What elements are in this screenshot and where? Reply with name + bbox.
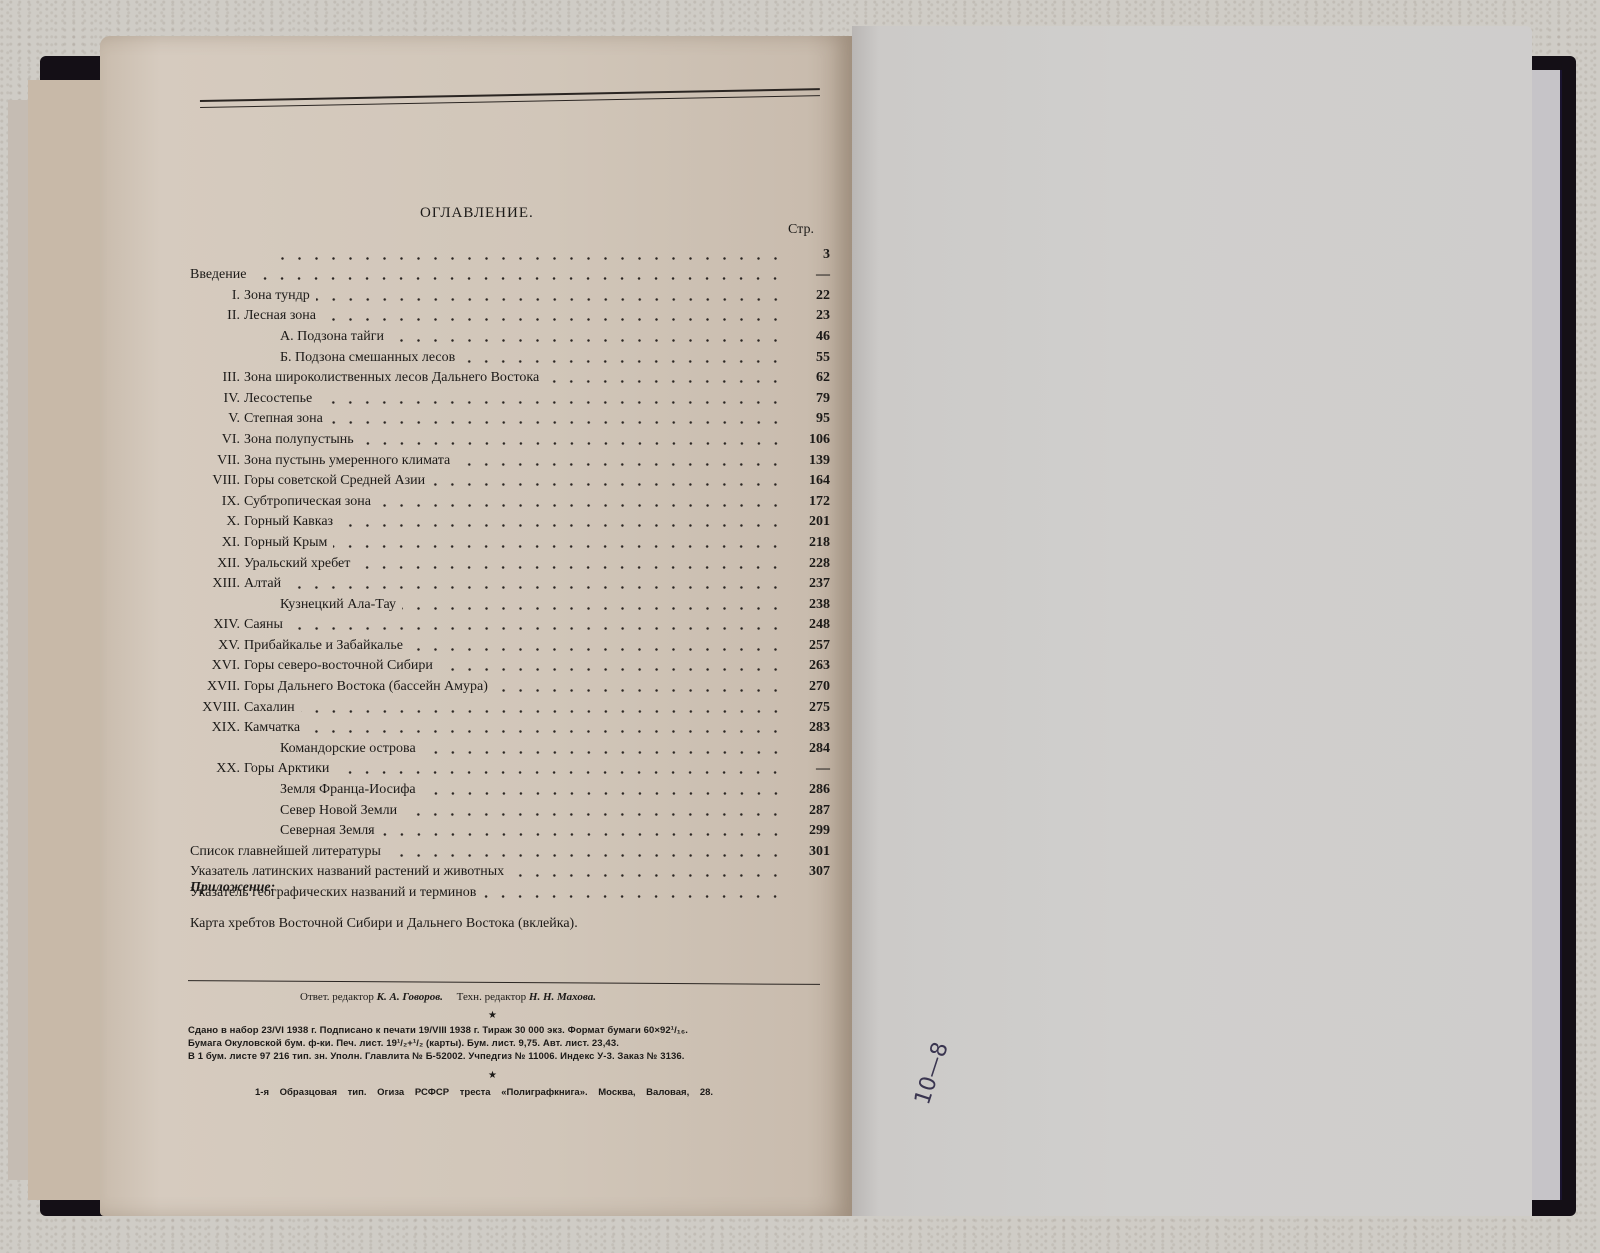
leader-dots [381, 833, 784, 836]
toc-entry-label: Степная зона [240, 411, 323, 427]
toc-chapter-number: IX. [190, 494, 240, 510]
leader-dots [289, 627, 784, 630]
toc-entry: VII.Зона пустынь умеренного климата139 [190, 448, 830, 469]
leader-dots [545, 380, 784, 383]
toc-entry: Север Новой Земли287 [190, 798, 830, 819]
toc-page-number: 237 [790, 576, 830, 592]
toc-entry: Список главнейшей литературы301 [190, 839, 830, 860]
star-separator: ★ [488, 1010, 497, 1021]
toc-page-number: 201 [790, 514, 830, 530]
toc-page-number: 22 [790, 288, 830, 304]
leader-dots [422, 792, 784, 795]
toc-entry-label: Командорские острова [190, 741, 416, 757]
leader-dots [390, 339, 784, 342]
toc-chapter-number: V. [190, 411, 240, 427]
leader-dots [287, 586, 784, 589]
toc-entry: Земля Франца-Иосифа286 [190, 777, 830, 798]
resp-editor-name: К. А. Говоров. [377, 991, 443, 1003]
toc-page-number: 284 [790, 741, 830, 757]
tech-editor-label: Техн. редактор [457, 991, 527, 1003]
leader-dots [360, 442, 784, 445]
editors-line: Ответ. редактор К. А. Говоров. Техн. ред… [300, 991, 596, 1003]
toc-page-number: — [790, 761, 830, 777]
toc-entry: Введение— [190, 263, 830, 284]
page-column-header: Стр. [788, 222, 814, 238]
toc-entry: Командорские острова284 [190, 736, 830, 757]
leader-dots [461, 360, 784, 363]
appendix-item: Карта хребтов Восточной Сибири и Дальнег… [190, 916, 578, 932]
imprint-line: Сдано в набор 23/VI 1938 г. Подписано к … [188, 1024, 828, 1037]
toc-chapter-number: III. [190, 370, 240, 386]
imprint-line: Бумага Окуловской бум. ф-ки. Печ. лист. … [188, 1037, 828, 1050]
leader-dots [280, 257, 784, 260]
toc-page-number: 307 [790, 864, 830, 880]
toc-entry-label: Северная Земля [190, 823, 375, 839]
toc-entry-label: Зона полупустынь [240, 432, 354, 448]
toc-entry-label: А. Подзона тайги [190, 329, 384, 345]
toc-entry-label: Список главнейшей литературы [190, 844, 381, 860]
toc-chapter-number: XVIII. [190, 700, 240, 716]
toc-entry: XV.Прибайкалье и Забайкалье257 [190, 633, 830, 654]
toc-entry: XIX.Камчатка283 [190, 716, 830, 737]
leader-dots [339, 524, 784, 527]
toc-chapter-number: XII. [190, 556, 240, 572]
toc-entry-label: Горы Арктики [240, 761, 329, 777]
toc-entry: IV.Лесостепье79 [190, 386, 830, 407]
star-separator: ★ [488, 1070, 497, 1081]
toc-page-number: 23 [790, 308, 830, 324]
resp-editor-label: Ответ. редактор [300, 991, 374, 1003]
toc-chapter-number: XI. [190, 535, 240, 551]
toc-chapter-number: II. [190, 308, 240, 324]
toc-chapter-number: IV. [190, 391, 240, 407]
toc-page-number: 238 [790, 597, 830, 613]
leader-dots [510, 874, 784, 877]
toc-entry-label: Горы советской Средней Азии [240, 473, 425, 489]
toc-entry: XVII.Горы Дальнего Востока (бассейн Амур… [190, 674, 830, 695]
toc-entry-label: Введение [190, 267, 246, 283]
leader-dots [377, 504, 784, 507]
toc-page-number: 286 [790, 782, 830, 798]
toc-entry: Указатель географических названий и терм… [190, 880, 830, 901]
toc-chapter-number: X. [190, 514, 240, 530]
toc-entry-label: Горы Дальнего Востока (бассейн Амура) [240, 679, 488, 695]
leader-dots [329, 421, 784, 424]
toc-page-number: 62 [790, 370, 830, 386]
toc-entry-label: Прибайкалье и Забайкалье [240, 638, 403, 654]
toc-page-number: 218 [790, 535, 830, 551]
toc-page-number: 46 [790, 329, 830, 345]
toc-entry: III.Зона широколиственных лесов Дальнего… [190, 366, 830, 387]
toc-chapter-number: XVI. [190, 658, 240, 674]
toc-entry-label: Зона широколиственных лесов Дальнего Вос… [240, 370, 539, 386]
toc-page-number: 106 [790, 432, 830, 448]
leader-dots [482, 895, 784, 898]
toc-entry-label: Саяны [240, 617, 283, 633]
toc-entry: А. Подзона тайги46 [190, 324, 830, 345]
toc-chapter-number: VII. [190, 453, 240, 469]
toc-page-number: 263 [790, 658, 830, 674]
toc-entry-label: Кузнецкий Ала-Тау [190, 597, 396, 613]
toc-entry-label: Лесная зона [240, 308, 316, 324]
leader-dots [494, 689, 784, 692]
toc-entry: XI.Горный Крым218 [190, 530, 830, 551]
leader-dots [333, 545, 784, 548]
page-title: ОГЛАВЛЕНИЕ. [420, 205, 534, 222]
toc-entry-label: Север Новой Земли [190, 803, 397, 819]
toc-entry: II.Лесная зона23 [190, 304, 830, 325]
toc-page-number: 301 [790, 844, 830, 860]
toc-entry-label: Указатель латинских названий растений и … [190, 864, 504, 880]
toc-chapter-number: XIX. [190, 720, 240, 736]
toc-entry: VIII.Горы советской Средней Азии164 [190, 469, 830, 490]
table-of-contents: 3 Введение—I.Зона тундр22II.Лесная зона2… [190, 242, 830, 901]
toc-entry-label: Субтропическая зона [240, 494, 371, 510]
toc-entry: I.Зона тундр22 [190, 283, 830, 304]
toc-entry-label: Земля Франца-Иосифа [190, 782, 416, 798]
toc-page-number: 299 [790, 823, 830, 839]
toc-entry: Б. Подзона смешанных лесов55 [190, 345, 830, 366]
toc-entry-label: Горы северо-восточной Сибири [240, 658, 433, 674]
toc-entry-label: Горный Крым [240, 535, 327, 551]
toc-entry-label: Зона пустынь умеренного климата [240, 453, 450, 469]
toc-chapter-number: XVII. [190, 679, 240, 695]
toc-entry-label: Лесостепье [240, 391, 312, 407]
toc-entry: VI.Зона полупустынь106 [190, 427, 830, 448]
toc-entry: XX.Горы Арктики— [190, 757, 830, 778]
appendix-heading: Приложение: [190, 880, 275, 896]
toc-entry-label: Б. Подзона смешанных лесов [190, 350, 455, 366]
toc-entry: XVI.Горы северо-восточной Сибири263 [190, 654, 830, 675]
toc-entry-label: Горный Кавказ [240, 514, 333, 530]
toc-page-number: 79 [790, 391, 830, 407]
toc-chapter-number: XIV. [190, 617, 240, 633]
toc-entry-label: Камчатка [240, 720, 300, 736]
pencil-note: 10—8 [910, 1039, 954, 1108]
toc-page-number: 139 [790, 453, 830, 469]
toc-entry: XII.Уральский хребет228 [190, 551, 830, 572]
toc-page-number: 248 [790, 617, 830, 633]
toc-page-number: 164 [790, 473, 830, 489]
toc-page-number: 228 [790, 556, 830, 572]
leader-dots [316, 298, 784, 301]
imprint-block: Сдано в набор 23/VI 1938 г. Подписано к … [188, 1024, 828, 1063]
toc-entry-label: Зона тундр [240, 288, 310, 304]
toc-entry: Указатель латинских названий растений и … [190, 860, 830, 881]
toc-entry: X.Горный Кавказ201 [190, 510, 830, 531]
toc-entry: XVIII.Сахалин275 [190, 695, 830, 716]
leader-dots [387, 854, 784, 857]
leader-dots [456, 463, 784, 466]
leader-dots [409, 648, 784, 651]
toc-chapter-number: XX. [190, 761, 240, 777]
toc-entry: XIV.Саяны248 [190, 613, 830, 634]
leader-dots [318, 401, 784, 404]
leader-dots [301, 710, 784, 713]
leader-dots [356, 566, 784, 569]
toc-page-number: 55 [790, 350, 830, 366]
toc-page-number: 3 [790, 247, 830, 263]
toc-page-number: — [790, 267, 830, 283]
toc-page-number: 270 [790, 679, 830, 695]
leader-dots [335, 771, 784, 774]
leader-dots [402, 607, 784, 610]
toc-page-number: 275 [790, 700, 830, 716]
leader-dots [439, 668, 784, 671]
leader-dots [403, 813, 784, 816]
toc-entry: XIII.Алтай237 [190, 572, 830, 593]
leader-dots [306, 730, 784, 733]
tech-editor-name: Н. Н. Махова. [529, 991, 596, 1003]
printer-line: 1-я Образцовая тип. Огиза РСФСР треста «… [255, 1087, 713, 1098]
toc-entry: Северная Земля299 [190, 819, 830, 840]
right-page: 10—8 [852, 26, 1532, 1216]
toc-page-number: 257 [790, 638, 830, 654]
toc-entry: IX.Субтропическая зона172 [190, 489, 830, 510]
toc-page-number: 95 [790, 411, 830, 427]
toc-entry: V.Степная зона95 [190, 407, 830, 428]
toc-entry-label: Уральский хребет [240, 556, 350, 572]
toc-chapter-number: VIII. [190, 473, 240, 489]
toc-chapter-number: XIII. [190, 576, 240, 592]
toc-entry: Кузнецкий Ала-Тау238 [190, 592, 830, 613]
leader-dots [431, 483, 784, 486]
toc-page-number: 283 [790, 720, 830, 736]
leader-dots [252, 277, 784, 280]
toc-entry-label: Сахалин [240, 700, 295, 716]
toc-row-top-dots: 3 [190, 242, 830, 263]
toc-page-number: 172 [790, 494, 830, 510]
leader-dots [422, 751, 784, 754]
toc-entry-label: Алтай [240, 576, 281, 592]
imprint-line: В 1 бум. листе 97 216 тип. зн. Уполн. Гл… [188, 1050, 828, 1063]
toc-chapter-number: VI. [190, 432, 240, 448]
toc-chapter-number: I. [190, 288, 240, 304]
toc-page-number: 287 [790, 803, 830, 819]
leader-dots [322, 318, 784, 321]
toc-chapter-number: XV. [190, 638, 240, 654]
